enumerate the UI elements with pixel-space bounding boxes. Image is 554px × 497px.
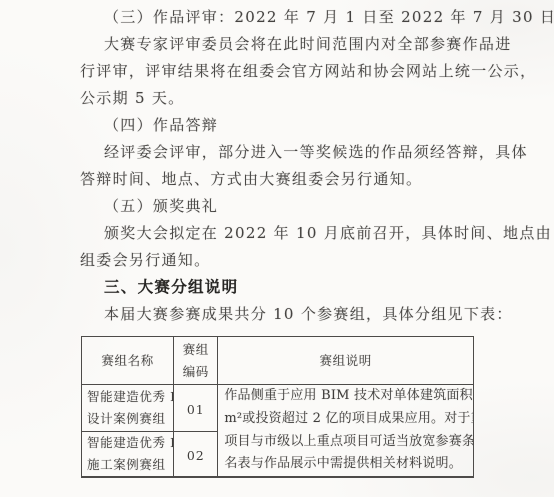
paragraph-line: 经评委会评审，部分进入一等奖候选的作品须经答辩，具体: [80, 139, 508, 166]
section-work-defense-heading: （四）作品答辩: [80, 112, 508, 139]
group-code: 01: [187, 402, 205, 417]
paragraph-line: 行评审，评审结果将在组委会官方网站和协会网站上统一公示，: [80, 58, 508, 85]
section-work-review-heading: （三）作品评审：2022 年 7 月 1 日至 2022 年 7 月 30 日: [80, 4, 508, 31]
section-award-ceremony-heading: （五）颁奖典礼: [80, 193, 508, 220]
section-work-review: （三）作品评审：2022 年 7 月 1 日至 2022 年 7 月 30 日 …: [80, 4, 508, 112]
group-name-cell: 智能建造优秀 BIM 设计案例赛组: [82, 385, 174, 432]
group-code-cell: 02: [174, 432, 218, 478]
paragraph-line: 组委会另行通知。: [80, 247, 508, 274]
paragraph-line: 颁奖大会拟定在 2022 年 10 月底前召开，具体时间、地点由: [80, 220, 508, 247]
group-description-cell: 作品侧重于应用 BIM 技术对单体建筑面积达到 3 万 m²或投资超过 2 亿的…: [218, 385, 474, 478]
section-group-description-heading: 三、大赛分组说明: [80, 274, 508, 301]
section-work-defense: （四）作品答辩 经评委会评审，部分进入一等奖候选的作品须经答辩，具体 答辩时间、…: [80, 112, 508, 193]
paragraph-line: 公示期 5 天。: [80, 85, 508, 112]
group-name-line: 施工案例赛组: [82, 454, 173, 476]
table-header-row: 赛组名称 赛组 编码 赛组说明: [82, 337, 474, 385]
header-label: 赛组名称: [82, 350, 173, 372]
groups-table: 赛组名称 赛组 编码 赛组说明 智能建造优秀 BIM 设计案例赛组 01 作品侧…: [81, 336, 474, 478]
header-label: 赛组: [174, 339, 217, 361]
scanned-document-page: （三）作品评审：2022 年 7 月 1 日至 2022 年 7 月 30 日 …: [0, 0, 554, 497]
header-label: 编码: [174, 361, 217, 383]
group-description-line: 项目与市级以上重点项目可适当放宽参赛条件，报: [218, 431, 473, 454]
group-description-line: 作品侧重于应用 BIM 技术对单体建筑面积达到 3 万: [218, 385, 473, 408]
group-name-cell: 智能建造优秀 BIM 施工案例赛组: [82, 432, 174, 478]
document-text-block: （三）作品评审：2022 年 7 月 1 日至 2022 年 7 月 30 日 …: [80, 4, 508, 328]
group-description-line: 名表与作品展示中需提供相关材料说明。: [218, 453, 473, 476]
header-cell-group-name: 赛组名称: [82, 337, 174, 385]
group-name-line: 智能建造优秀 BIM: [82, 432, 173, 454]
paragraph-line: 答辩时间、地点、方式由大赛组委会另行通知。: [80, 166, 508, 193]
group-name-line: 设计案例赛组: [82, 408, 173, 430]
paragraph-line: 本届大赛参赛成果共分 10 个参赛组，具体分组见下表：: [80, 301, 508, 328]
paragraph-line: 大赛专家评审委员会将在此时间范围内对全部参赛作品进: [80, 31, 508, 58]
group-description-line: m²或投资超过 2 亿的项目成果应用。对于重大工程: [218, 408, 473, 431]
table-row: 智能建造优秀 BIM 设计案例赛组 01 作品侧重于应用 BIM 技术对单体建筑…: [82, 385, 474, 432]
header-cell-group-code: 赛组 编码: [174, 337, 218, 385]
group-name-line: 智能建造优秀 BIM: [82, 386, 173, 408]
header-label: 赛组说明: [218, 350, 473, 372]
section-group-description: 三、大赛分组说明 本届大赛参赛成果共分 10 个参赛组，具体分组见下表：: [80, 274, 508, 328]
group-code: 02: [187, 448, 205, 463]
group-code-cell: 01: [174, 385, 218, 432]
section-award-ceremony: （五）颁奖典礼 颁奖大会拟定在 2022 年 10 月底前召开，具体时间、地点由…: [80, 193, 508, 274]
header-cell-group-description: 赛组说明: [218, 337, 474, 385]
